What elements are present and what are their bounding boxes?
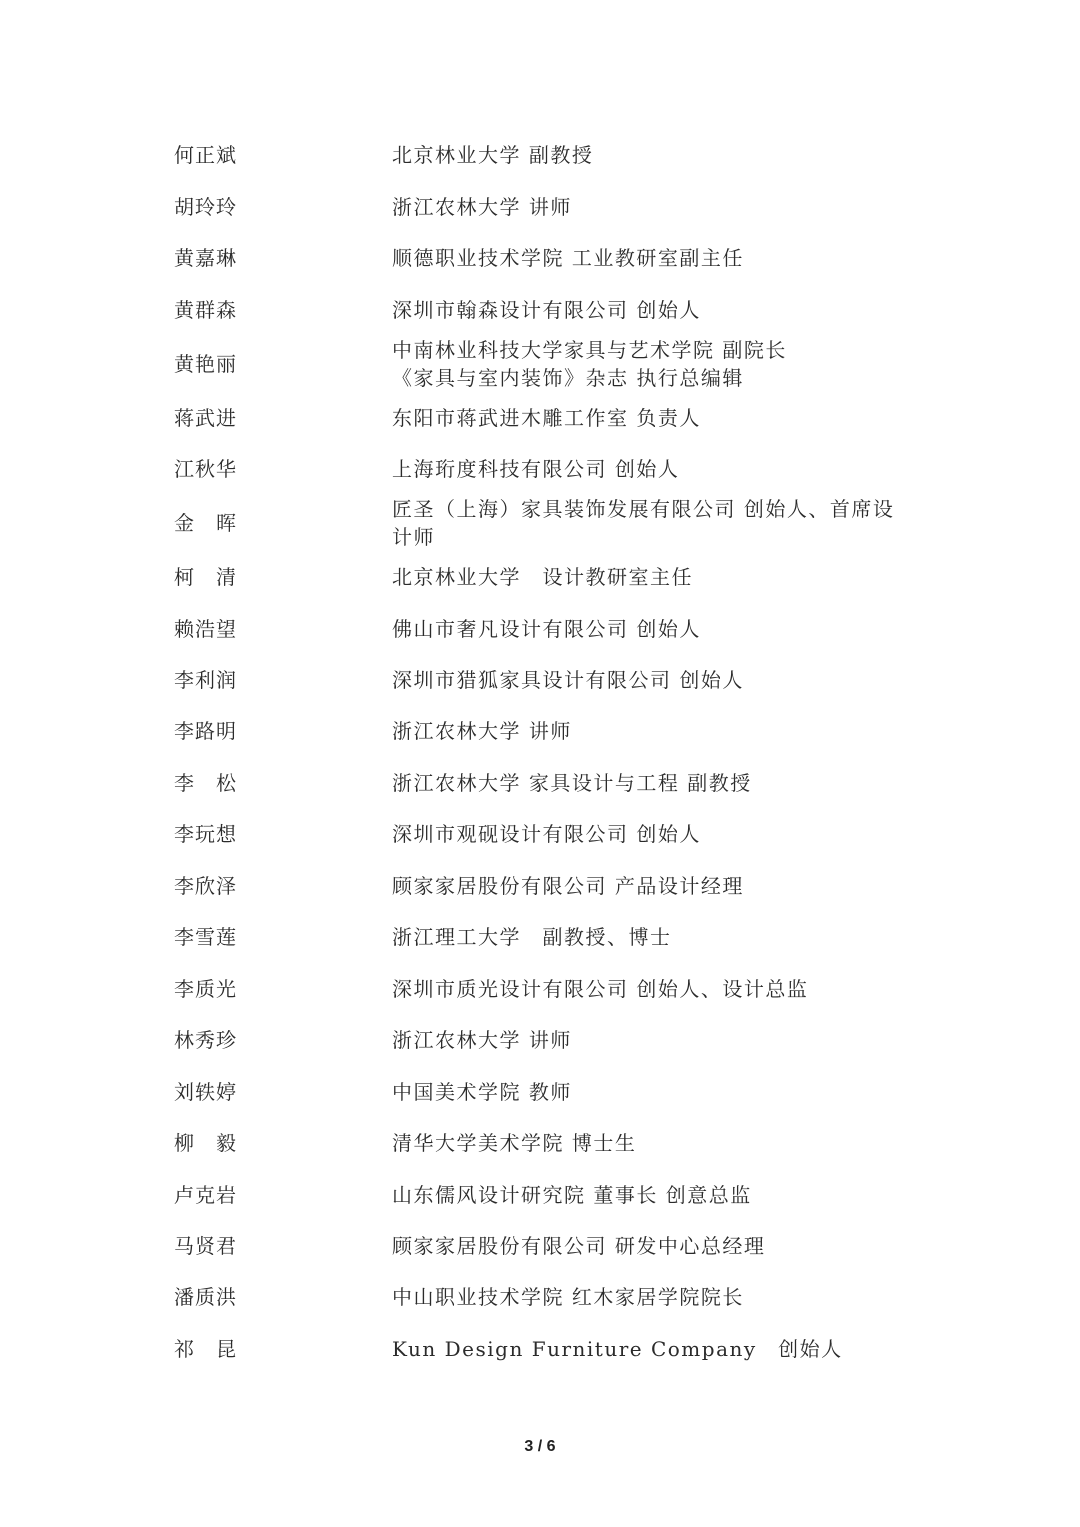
affiliation-line: 山东儒风设计研究院 董事长 创意总监 xyxy=(392,1181,912,1209)
roster-row: 李质光深圳市质光设计有限公司 创始人、设计总监 xyxy=(0,975,1080,1003)
roster-row: 黄嘉琳顺德职业技术学院 工业教研室副主任 xyxy=(0,244,1080,272)
member-affiliation: 浙江农林大学 家具设计与工程 副教授 xyxy=(392,769,912,797)
member-name: 李雪莲 xyxy=(174,924,254,950)
roster-row: 柳 毅清华大学美术学院 博士生 xyxy=(0,1129,1080,1157)
affiliation-line: 浙江理工大学 副教授、博士 xyxy=(392,923,912,951)
roster-row: 李 松浙江农林大学 家具设计与工程 副教授 xyxy=(0,769,1080,797)
affiliation-line: 北京林业大学 设计教研室主任 xyxy=(392,563,912,591)
roster-row: 何正斌北京林业大学 副教授 xyxy=(0,141,1080,169)
affiliation-line: 顾家家居股份有限公司 产品设计经理 xyxy=(392,872,912,900)
member-name: 柯 清 xyxy=(174,564,254,590)
member-name: 金 晖 xyxy=(174,510,254,536)
affiliation-line: 《家具与室内装饰》杂志 执行总编辑 xyxy=(392,364,912,392)
member-name: 江秋华 xyxy=(174,456,254,482)
member-name: 潘质洪 xyxy=(174,1284,254,1310)
roster-row: 胡玲玲浙江农林大学 讲师 xyxy=(0,193,1080,221)
member-name: 黄艳丽 xyxy=(174,351,254,377)
roster-row: 潘质洪中山职业技术学院 红木家居学院院长 xyxy=(0,1283,1080,1311)
affiliation-line: 深圳市观砚设计有限公司 创始人 xyxy=(392,820,912,848)
roster-row: 黄群森深圳市翰森设计有限公司 创始人 xyxy=(0,296,1080,324)
member-affiliation: 浙江农林大学 讲师 xyxy=(392,717,912,745)
member-name: 李 松 xyxy=(174,770,254,796)
affiliation-line: 中国美术学院 教师 xyxy=(392,1078,912,1106)
affiliation-line: 北京林业大学 副教授 xyxy=(392,141,912,169)
member-affiliation: 深圳市质光设计有限公司 创始人、设计总监 xyxy=(392,975,912,1003)
roster-row: 金 晖匠圣（上海）家具装饰发展有限公司 创始人、首席设计师 xyxy=(0,495,1080,551)
member-name: 赖浩望 xyxy=(174,616,254,642)
roster-row: 蒋武进东阳市蒋武进木雕工作室 负责人 xyxy=(0,404,1080,432)
member-affiliation: 北京林业大学 设计教研室主任 xyxy=(392,563,912,591)
member-affiliation: Kun Design Furniture Company 创始人 xyxy=(392,1335,912,1363)
member-name: 李玩想 xyxy=(174,821,254,847)
member-affiliation: 顺德职业技术学院 工业教研室副主任 xyxy=(392,244,912,272)
affiliation-line: 浙江农林大学 家具设计与工程 副教授 xyxy=(392,769,912,797)
member-name: 祁 昆 xyxy=(174,1336,254,1362)
member-affiliation: 匠圣（上海）家具装饰发展有限公司 创始人、首席设计师 xyxy=(392,495,912,551)
affiliation-line: 深圳市质光设计有限公司 创始人、设计总监 xyxy=(392,975,912,1003)
affiliation-line: 佛山市奢凡设计有限公司 创始人 xyxy=(392,615,912,643)
roster-row: 李欣泽顾家家居股份有限公司 产品设计经理 xyxy=(0,872,1080,900)
member-affiliation: 浙江农林大学 讲师 xyxy=(392,193,912,221)
roster-row: 柯 清北京林业大学 设计教研室主任 xyxy=(0,563,1080,591)
member-affiliation: 顾家家居股份有限公司 产品设计经理 xyxy=(392,872,912,900)
roster-row: 祁 昆Kun Design Furniture Company 创始人 xyxy=(0,1335,1080,1363)
roster-row: 李雪莲浙江理工大学 副教授、博士 xyxy=(0,923,1080,951)
member-affiliation: 深圳市猎狐家具设计有限公司 创始人 xyxy=(392,666,912,694)
member-affiliation: 中国美术学院 教师 xyxy=(392,1078,912,1106)
member-name: 胡玲玲 xyxy=(174,194,254,220)
member-affiliation: 北京林业大学 副教授 xyxy=(392,141,912,169)
affiliation-line: 上海珩度科技有限公司 创始人 xyxy=(392,455,912,483)
affiliation-line: 顾家家居股份有限公司 研发中心总经理 xyxy=(392,1232,912,1260)
member-name: 黄群森 xyxy=(174,297,254,323)
member-affiliation: 山东儒风设计研究院 董事长 创意总监 xyxy=(392,1181,912,1209)
member-name: 林秀珍 xyxy=(174,1027,254,1053)
document-page: 何正斌北京林业大学 副教授胡玲玲浙江农林大学 讲师黄嘉琳顺德职业技术学院 工业教… xyxy=(0,0,1080,1527)
member-affiliation: 上海珩度科技有限公司 创始人 xyxy=(392,455,912,483)
member-name: 刘轶婷 xyxy=(174,1079,254,1105)
affiliation-line: 中山职业技术学院 红木家居学院院长 xyxy=(392,1283,912,1311)
member-affiliation: 深圳市观砚设计有限公司 创始人 xyxy=(392,820,912,848)
member-name: 何正斌 xyxy=(174,142,254,168)
member-affiliation: 清华大学美术学院 博士生 xyxy=(392,1129,912,1157)
affiliation-line: 深圳市翰森设计有限公司 创始人 xyxy=(392,296,912,324)
affiliation-line: 东阳市蒋武进木雕工作室 负责人 xyxy=(392,404,912,432)
roster-row: 江秋华上海珩度科技有限公司 创始人 xyxy=(0,455,1080,483)
member-affiliation: 浙江农林大学 讲师 xyxy=(392,1026,912,1054)
member-name: 李欣泽 xyxy=(174,873,254,899)
roster-row: 马贤君顾家家居股份有限公司 研发中心总经理 xyxy=(0,1232,1080,1260)
member-affiliation: 东阳市蒋武进木雕工作室 负责人 xyxy=(392,404,912,432)
affiliation-line: 匠圣（上海）家具装饰发展有限公司 创始人、首席设 xyxy=(392,495,912,523)
member-name: 李路明 xyxy=(174,718,254,744)
roster-row: 黄艳丽中南林业科技大学家具与艺术学院 副院长《家具与室内装饰》杂志 执行总编辑 xyxy=(0,336,1080,392)
roster-row: 李路明浙江农林大学 讲师 xyxy=(0,717,1080,745)
roster-row: 李玩想深圳市观砚设计有限公司 创始人 xyxy=(0,820,1080,848)
affiliation-line: 深圳市猎狐家具设计有限公司 创始人 xyxy=(392,666,912,694)
page-number: 3 / 6 xyxy=(0,1438,1080,1456)
member-affiliation: 浙江理工大学 副教授、博士 xyxy=(392,923,912,951)
member-name: 黄嘉琳 xyxy=(174,245,254,271)
member-name: 卢克岩 xyxy=(174,1182,254,1208)
roster-row: 刘轶婷中国美术学院 教师 xyxy=(0,1078,1080,1106)
member-affiliation: 佛山市奢凡设计有限公司 创始人 xyxy=(392,615,912,643)
affiliation-line: Kun Design Furniture Company 创始人 xyxy=(392,1335,912,1363)
affiliation-line: 浙江农林大学 讲师 xyxy=(392,1026,912,1054)
roster-row: 赖浩望佛山市奢凡设计有限公司 创始人 xyxy=(0,615,1080,643)
affiliation-line: 计师 xyxy=(392,523,912,551)
roster-row: 林秀珍浙江农林大学 讲师 xyxy=(0,1026,1080,1054)
member-name: 李质光 xyxy=(174,976,254,1002)
member-affiliation: 顾家家居股份有限公司 研发中心总经理 xyxy=(392,1232,912,1260)
member-affiliation: 中南林业科技大学家具与艺术学院 副院长《家具与室内装饰》杂志 执行总编辑 xyxy=(392,336,912,392)
affiliation-line: 中南林业科技大学家具与艺术学院 副院长 xyxy=(392,336,912,364)
affiliation-line: 浙江农林大学 讲师 xyxy=(392,717,912,745)
roster-row: 卢克岩山东儒风设计研究院 董事长 创意总监 xyxy=(0,1181,1080,1209)
affiliation-line: 顺德职业技术学院 工业教研室副主任 xyxy=(392,244,912,272)
affiliation-line: 浙江农林大学 讲师 xyxy=(392,193,912,221)
roster-row: 李利润深圳市猎狐家具设计有限公司 创始人 xyxy=(0,666,1080,694)
member-name: 蒋武进 xyxy=(174,405,254,431)
affiliation-line: 清华大学美术学院 博士生 xyxy=(392,1129,912,1157)
member-affiliation: 中山职业技术学院 红木家居学院院长 xyxy=(392,1283,912,1311)
member-name: 马贤君 xyxy=(174,1233,254,1259)
member-name: 李利润 xyxy=(174,667,254,693)
member-affiliation: 深圳市翰森设计有限公司 创始人 xyxy=(392,296,912,324)
member-name: 柳 毅 xyxy=(174,1130,254,1156)
